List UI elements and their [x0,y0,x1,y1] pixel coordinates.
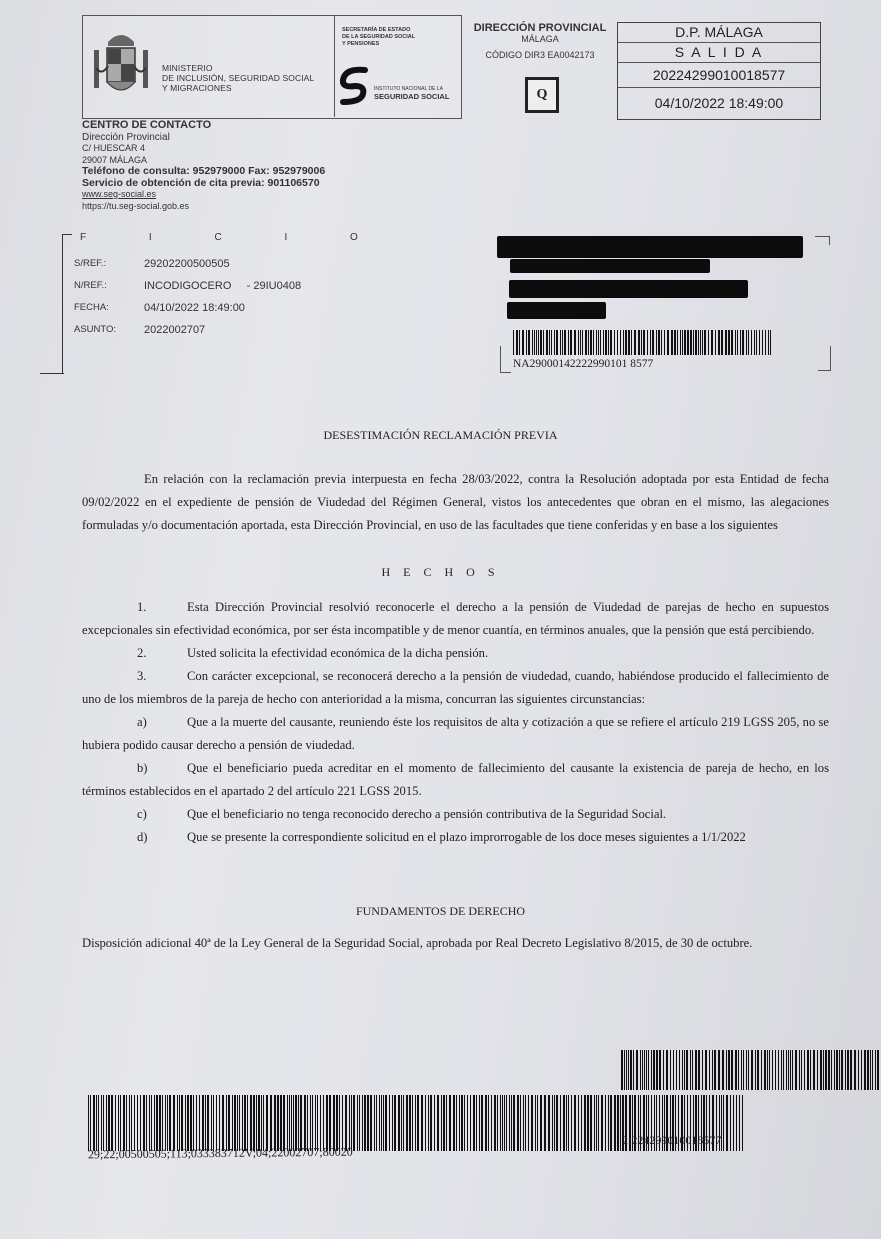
direccion-provincial: DIRECCIÓN PROVINCIAL MÁLAGA CÓDIGO DIR3 … [470,22,610,60]
secretaria-line: DE LA SEGURIDAD SOCIAL [342,34,415,41]
ministry-line: MINISTERIO [162,63,314,73]
hecho-number: d) [137,826,187,849]
registry-stamp: D.P. MÁLAGA S A L I D A 2022429901001857… [617,22,821,120]
contact-center: CENTRO DE CONTACTO Dirección Provincial … [82,120,325,212]
quality-badge-icon: Q [525,77,559,113]
hecho-text: Que el beneficiario pueda acreditar en e… [82,761,829,798]
redacted-name [497,236,803,258]
hecho-text: Esta Dirección Provincial resolvió recon… [82,600,829,637]
codigo-dir3: CÓDIGO DIR3 EA0042173 [470,50,610,60]
intro-text: En relación con la reclamación previa in… [82,472,829,532]
registry-barcode-text: 2;224299010018577 [622,1133,721,1148]
website-link[interactable]: www.seg-social.es [82,189,325,201]
hecho-text: Usted solicita la efectividad económica … [187,646,488,660]
portal-link[interactable]: https://tu.seg-social.gob.es [82,201,325,213]
registry-datetime: 04/10/2022 18:49:00 [618,88,820,118]
registry-number: 20224299010018577 [618,63,820,88]
hecho-number: 2. [137,642,187,665]
inss-name: INSTITUTO NACIONAL DE LA SEGURIDAD SOCIA… [374,86,449,102]
hecho-item: b)Que el beneficiario pueda acreditar en… [82,757,829,803]
contact-phone: Teléfono de consulta: 952979000 Fax: 952… [82,166,325,178]
intro-paragraph: En relación con la reclamación previa in… [82,468,829,537]
hecho-item: c)Que el beneficiario no tenga reconocid… [82,803,829,826]
ministry-line: Y MIGRACIONES [162,83,314,93]
ref-value: 04/10/2022 18:49:00 [144,302,245,324]
hecho-item: 1.Esta Dirección Provincial resolvió rec… [82,596,829,642]
ref-value: INCODIGOCERO - 29IU0408 [144,280,301,302]
hecho-number: 1. [137,596,187,619]
hecho-number: b) [137,757,187,780]
redacted-address-line [509,280,748,298]
hecho-item: a)Que a la muerte del causante, reuniend… [82,711,829,757]
direccion-city: MÁLAGA [470,34,610,44]
inss-big: SEGURIDAD SOCIAL [374,92,449,101]
secretaria-line: Y PENSIONES [342,41,415,48]
secretaria-estado: SECRETARÍA DE ESTADO DE LA SEGURIDAD SOC… [342,27,415,48]
hecho-item: 3.Con carácter excepcional, se reconocer… [82,665,829,711]
direccion-title: DIRECCIÓN PROVINCIAL [470,22,610,34]
ref-label: ASUNTO: [74,324,144,346]
document-title: DESESTIMACIÓN RECLAMACIÓN PREVIA [0,428,881,443]
fundamentos-text: Disposición adicional 40ª de la Ley Gene… [82,932,829,955]
address-corner-br [818,346,831,371]
address-corner-tr [815,236,830,245]
hecho-text: Que se presente la correspondiente solic… [187,830,746,844]
hecho-number: a) [137,711,187,734]
ministry-name: MINISTERIO DE INCLUSIÓN, SEGURIDAD SOCIA… [162,63,314,93]
oficio-bracket [62,234,65,374]
address-barcode [513,330,773,355]
ref-row: FECHA:04/10/2022 18:49:00 [74,302,301,324]
redacted-address-line [510,259,710,273]
hecho-text: Con carácter excepcional, se reconocerá … [82,669,829,706]
hecho-number: c) [137,803,187,826]
ref-row: ASUNTO:2022002707 [74,324,301,346]
inss-logo-icon [337,66,371,106]
address-barcode-text: NA29000142222990101 8577 [513,358,653,370]
hecho-text: Que el beneficiario no tenga reconocido … [187,807,666,821]
redacted-address-line [507,302,606,319]
ref-value: 29202200500505 [144,258,230,280]
contact-line: Dirección Provincial [82,132,325,144]
hechos-title: H E C H O S [0,565,881,580]
registry-office: D.P. MÁLAGA [618,23,820,43]
ministry-line: DE INCLUSIÓN, SEGURIDAD SOCIAL [162,73,314,83]
document-barcode-text: 29;22;00500505;113;033383712V;04;2200270… [88,1145,353,1163]
hecho-text: Que a la muerte del causante, reuniendo … [82,715,829,752]
hechos-list: 1.Esta Dirección Provincial resolvió rec… [82,596,829,849]
registry-type: S A L I D A [618,43,820,63]
ref-row: N/REF.:INCODIGOCERO - 29IU0408 [74,280,301,302]
oficio-bracket-bottom [40,373,64,374]
ref-row: S/REF.:29202200500505 [74,258,301,280]
oficio-bracket-top [62,234,72,235]
header-divider [334,15,335,117]
reference-list: S/REF.:29202200500505 N/REF.:INCODIGOCER… [74,258,301,346]
ref-label: N/REF.: [74,280,144,302]
fundamentos-title: FUNDAMENTOS DE DERECHO [0,904,881,919]
ref-label: S/REF.: [74,258,144,280]
contact-appointment: Servicio de obtención de cita previa: 90… [82,178,325,190]
oficio-label: F I C I O [80,232,388,243]
hecho-item: 2.Usted solicita la efectividad económic… [82,642,829,665]
registry-barcode [621,1050,879,1090]
contact-line: C/ HUESCAR 4 [82,143,325,155]
secretaria-line: SECRETARÍA DE ESTADO [342,27,415,34]
contact-title: CENTRO DE CONTACTO [82,120,325,132]
address-corner-bl [500,346,511,373]
coat-of-arms-icon [92,28,150,100]
ref-value: 2022002707 [144,324,205,346]
hecho-number: 3. [137,665,187,688]
hecho-item: d)Que se presente la correspondiente sol… [82,826,829,849]
ref-label: FECHA: [74,302,144,324]
